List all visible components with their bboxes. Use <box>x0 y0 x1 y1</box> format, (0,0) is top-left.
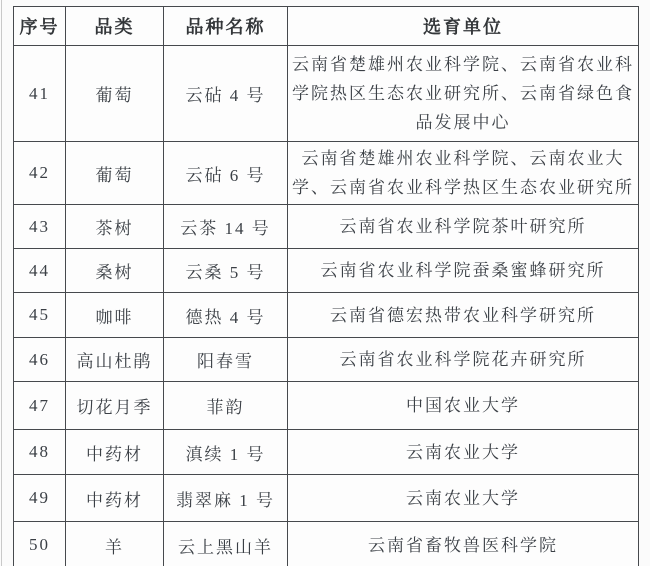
cell-breeding-unit: 云南省农业科学院花卉研究所 <box>288 338 639 382</box>
cell-serial-number: 41 <box>14 46 66 142</box>
cell-category: 茶树 <box>66 205 164 249</box>
cell-variety-name: 云茶 14 号 <box>164 205 288 249</box>
cell-breeding-unit: 云南农业大学 <box>288 430 639 475</box>
cell-serial-number: 43 <box>14 205 66 249</box>
document-page: 序号 品类 品种名称 选育单位 41 葡萄 云砧 4 号 云南省楚雄州农业科学院… <box>0 0 650 566</box>
header-variety-name: 品种名称 <box>164 7 288 46</box>
table-row: 49 中药材 翡翠麻 1 号 云南农业大学 <box>14 475 639 522</box>
header-serial-number: 序号 <box>14 7 66 46</box>
cell-breeding-unit: 云南省楚雄州农业科学院、云南省农业科学院热区生态农业研究所、云南省绿色食品发展中… <box>288 46 639 142</box>
cell-category: 中药材 <box>66 475 164 522</box>
cell-category: 高山杜鹃 <box>66 338 164 382</box>
cell-variety-name: 云砧 4 号 <box>164 46 288 142</box>
table-row: 45 咖啡 德热 4 号 云南省德宏热带农业科学研究所 <box>14 293 639 338</box>
cell-category: 葡萄 <box>66 142 164 205</box>
cell-breeding-unit: 云南省农业科学院茶叶研究所 <box>288 205 639 249</box>
cell-serial-number: 45 <box>14 293 66 338</box>
cell-breeding-unit: 云南省农业科学院蚕桑蜜蜂研究所 <box>288 249 639 293</box>
page-left-edge-line <box>1 0 2 566</box>
cell-variety-name: 云砧 6 号 <box>164 142 288 205</box>
cell-serial-number: 48 <box>14 430 66 475</box>
table-row: 44 桑树 云桑 5 号 云南省农业科学院蚕桑蜜蜂研究所 <box>14 249 639 293</box>
cell-variety-name: 阳春雪 <box>164 338 288 382</box>
table-row: 48 中药材 滇续 1 号 云南农业大学 <box>14 430 639 475</box>
cell-category: 葡萄 <box>66 46 164 142</box>
cell-breeding-unit: 云南省德宏热带农业科学研究所 <box>288 293 639 338</box>
cell-category: 桑树 <box>66 249 164 293</box>
cell-variety-name: 翡翠麻 1 号 <box>164 475 288 522</box>
table-row: 42 葡萄 云砧 6 号 云南省楚雄州农业科学院、云南农业大学、云南省农业科学热… <box>14 142 639 205</box>
table-row: 47 切花月季 菲韵 中国农业大学 <box>14 382 639 430</box>
cell-serial-number: 49 <box>14 475 66 522</box>
cell-variety-name: 云桑 5 号 <box>164 249 288 293</box>
header-breeding-unit: 选育单位 <box>288 7 639 46</box>
cell-category: 羊 <box>66 522 164 566</box>
cell-category: 咖啡 <box>66 293 164 338</box>
cell-category: 切花月季 <box>66 382 164 430</box>
variety-approval-table: 序号 品类 品种名称 选育单位 41 葡萄 云砧 4 号 云南省楚雄州农业科学院… <box>13 6 639 566</box>
table-row: 46 高山杜鹃 阳春雪 云南省农业科学院花卉研究所 <box>14 338 639 382</box>
cell-serial-number: 50 <box>14 522 66 566</box>
cell-breeding-unit: 中国农业大学 <box>288 382 639 430</box>
table-row: 43 茶树 云茶 14 号 云南省农业科学院茶叶研究所 <box>14 205 639 249</box>
cell-serial-number: 46 <box>14 338 66 382</box>
table-header-row: 序号 品类 品种名称 选育单位 <box>14 7 639 46</box>
header-category: 品类 <box>66 7 164 46</box>
table-row: 50 羊 云上黑山羊 云南省畜牧兽医科学院 <box>14 522 639 566</box>
cell-category: 中药材 <box>66 430 164 475</box>
cell-breeding-unit: 云南农业大学 <box>288 475 639 522</box>
cell-serial-number: 47 <box>14 382 66 430</box>
cell-breeding-unit: 云南省畜牧兽医科学院 <box>288 522 639 566</box>
cell-variety-name: 菲韵 <box>164 382 288 430</box>
cell-variety-name: 德热 4 号 <box>164 293 288 338</box>
cell-variety-name: 云上黑山羊 <box>164 522 288 566</box>
cell-breeding-unit: 云南省楚雄州农业科学院、云南农业大学、云南省农业科学热区生态农业研究所 <box>288 142 639 205</box>
cell-serial-number: 42 <box>14 142 66 205</box>
table-row: 41 葡萄 云砧 4 号 云南省楚雄州农业科学院、云南省农业科学院热区生态农业研… <box>14 46 639 142</box>
cell-serial-number: 44 <box>14 249 66 293</box>
cell-variety-name: 滇续 1 号 <box>164 430 288 475</box>
